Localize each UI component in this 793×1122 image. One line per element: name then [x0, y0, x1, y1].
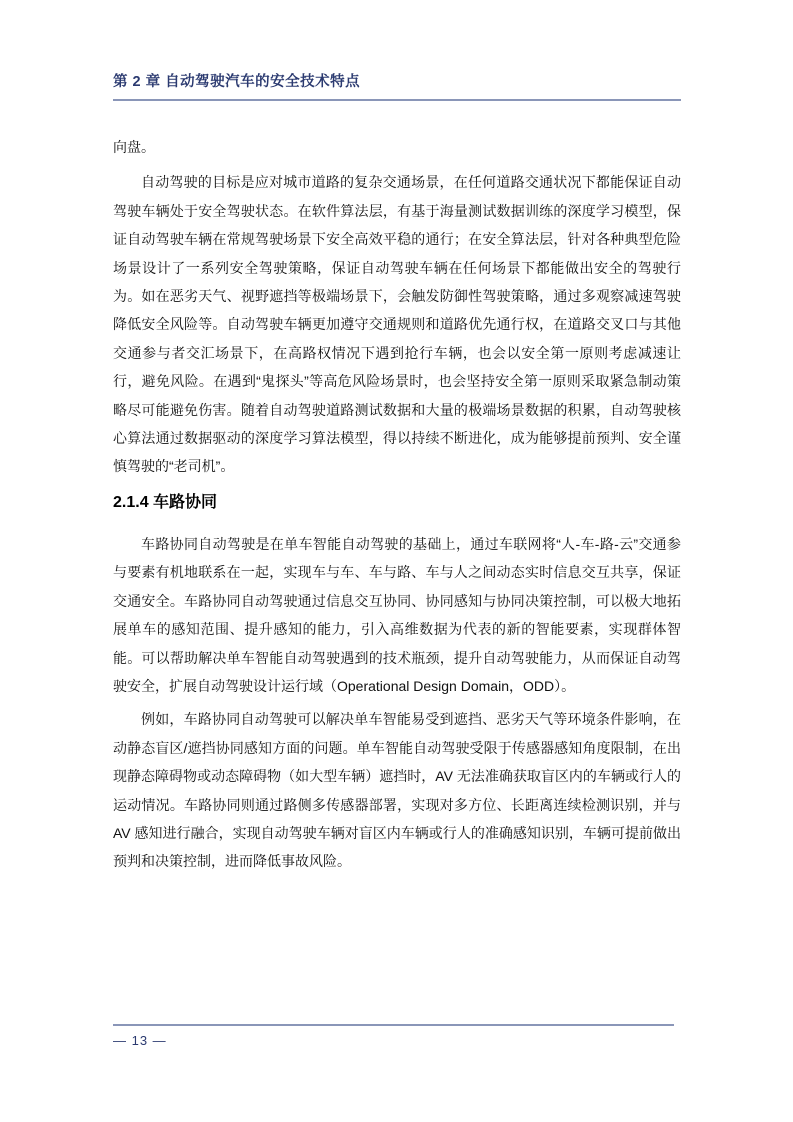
page-number: — 13 —	[113, 1033, 167, 1048]
footer-rule	[113, 1024, 674, 1026]
continuation-line: 向盘。	[113, 133, 681, 161]
header-rule	[113, 99, 681, 101]
paragraph-autonomous-driving-goal: 自动驾驶的目标是应对城市道路的复杂交通场景，在任何道路交通状况下都能保证自动驾驶…	[113, 168, 681, 480]
page-content: 向盘。 自动驾驶的目标是应对城市道路的复杂交通场景，在任何道路交通状况下都能保证…	[113, 133, 681, 876]
chapter-title: 第 2 章 自动驾驶汽车的安全技术特点	[113, 72, 681, 92]
section-heading-2-1-4: 2.1.4 车路协同	[113, 491, 681, 515]
document-page: 第 2 章 自动驾驶汽车的安全技术特点 向盘。 自动驾驶的目标是应对城市道路的复…	[0, 0, 793, 1122]
paragraph-vehicle-road-coordination: 车路协同自动驾驶是在单车智能自动驾驶的基础上，通过车联网将“人-车-路-云”交通…	[113, 530, 681, 700]
page-header: 第 2 章 自动驾驶汽车的安全技术特点	[113, 72, 681, 101]
paragraph-example-blind-zone: 例如，车路协同自动驾驶可以解决单车智能易受到遮挡、恶劣天气等环境条件影响，在动静…	[113, 705, 681, 875]
